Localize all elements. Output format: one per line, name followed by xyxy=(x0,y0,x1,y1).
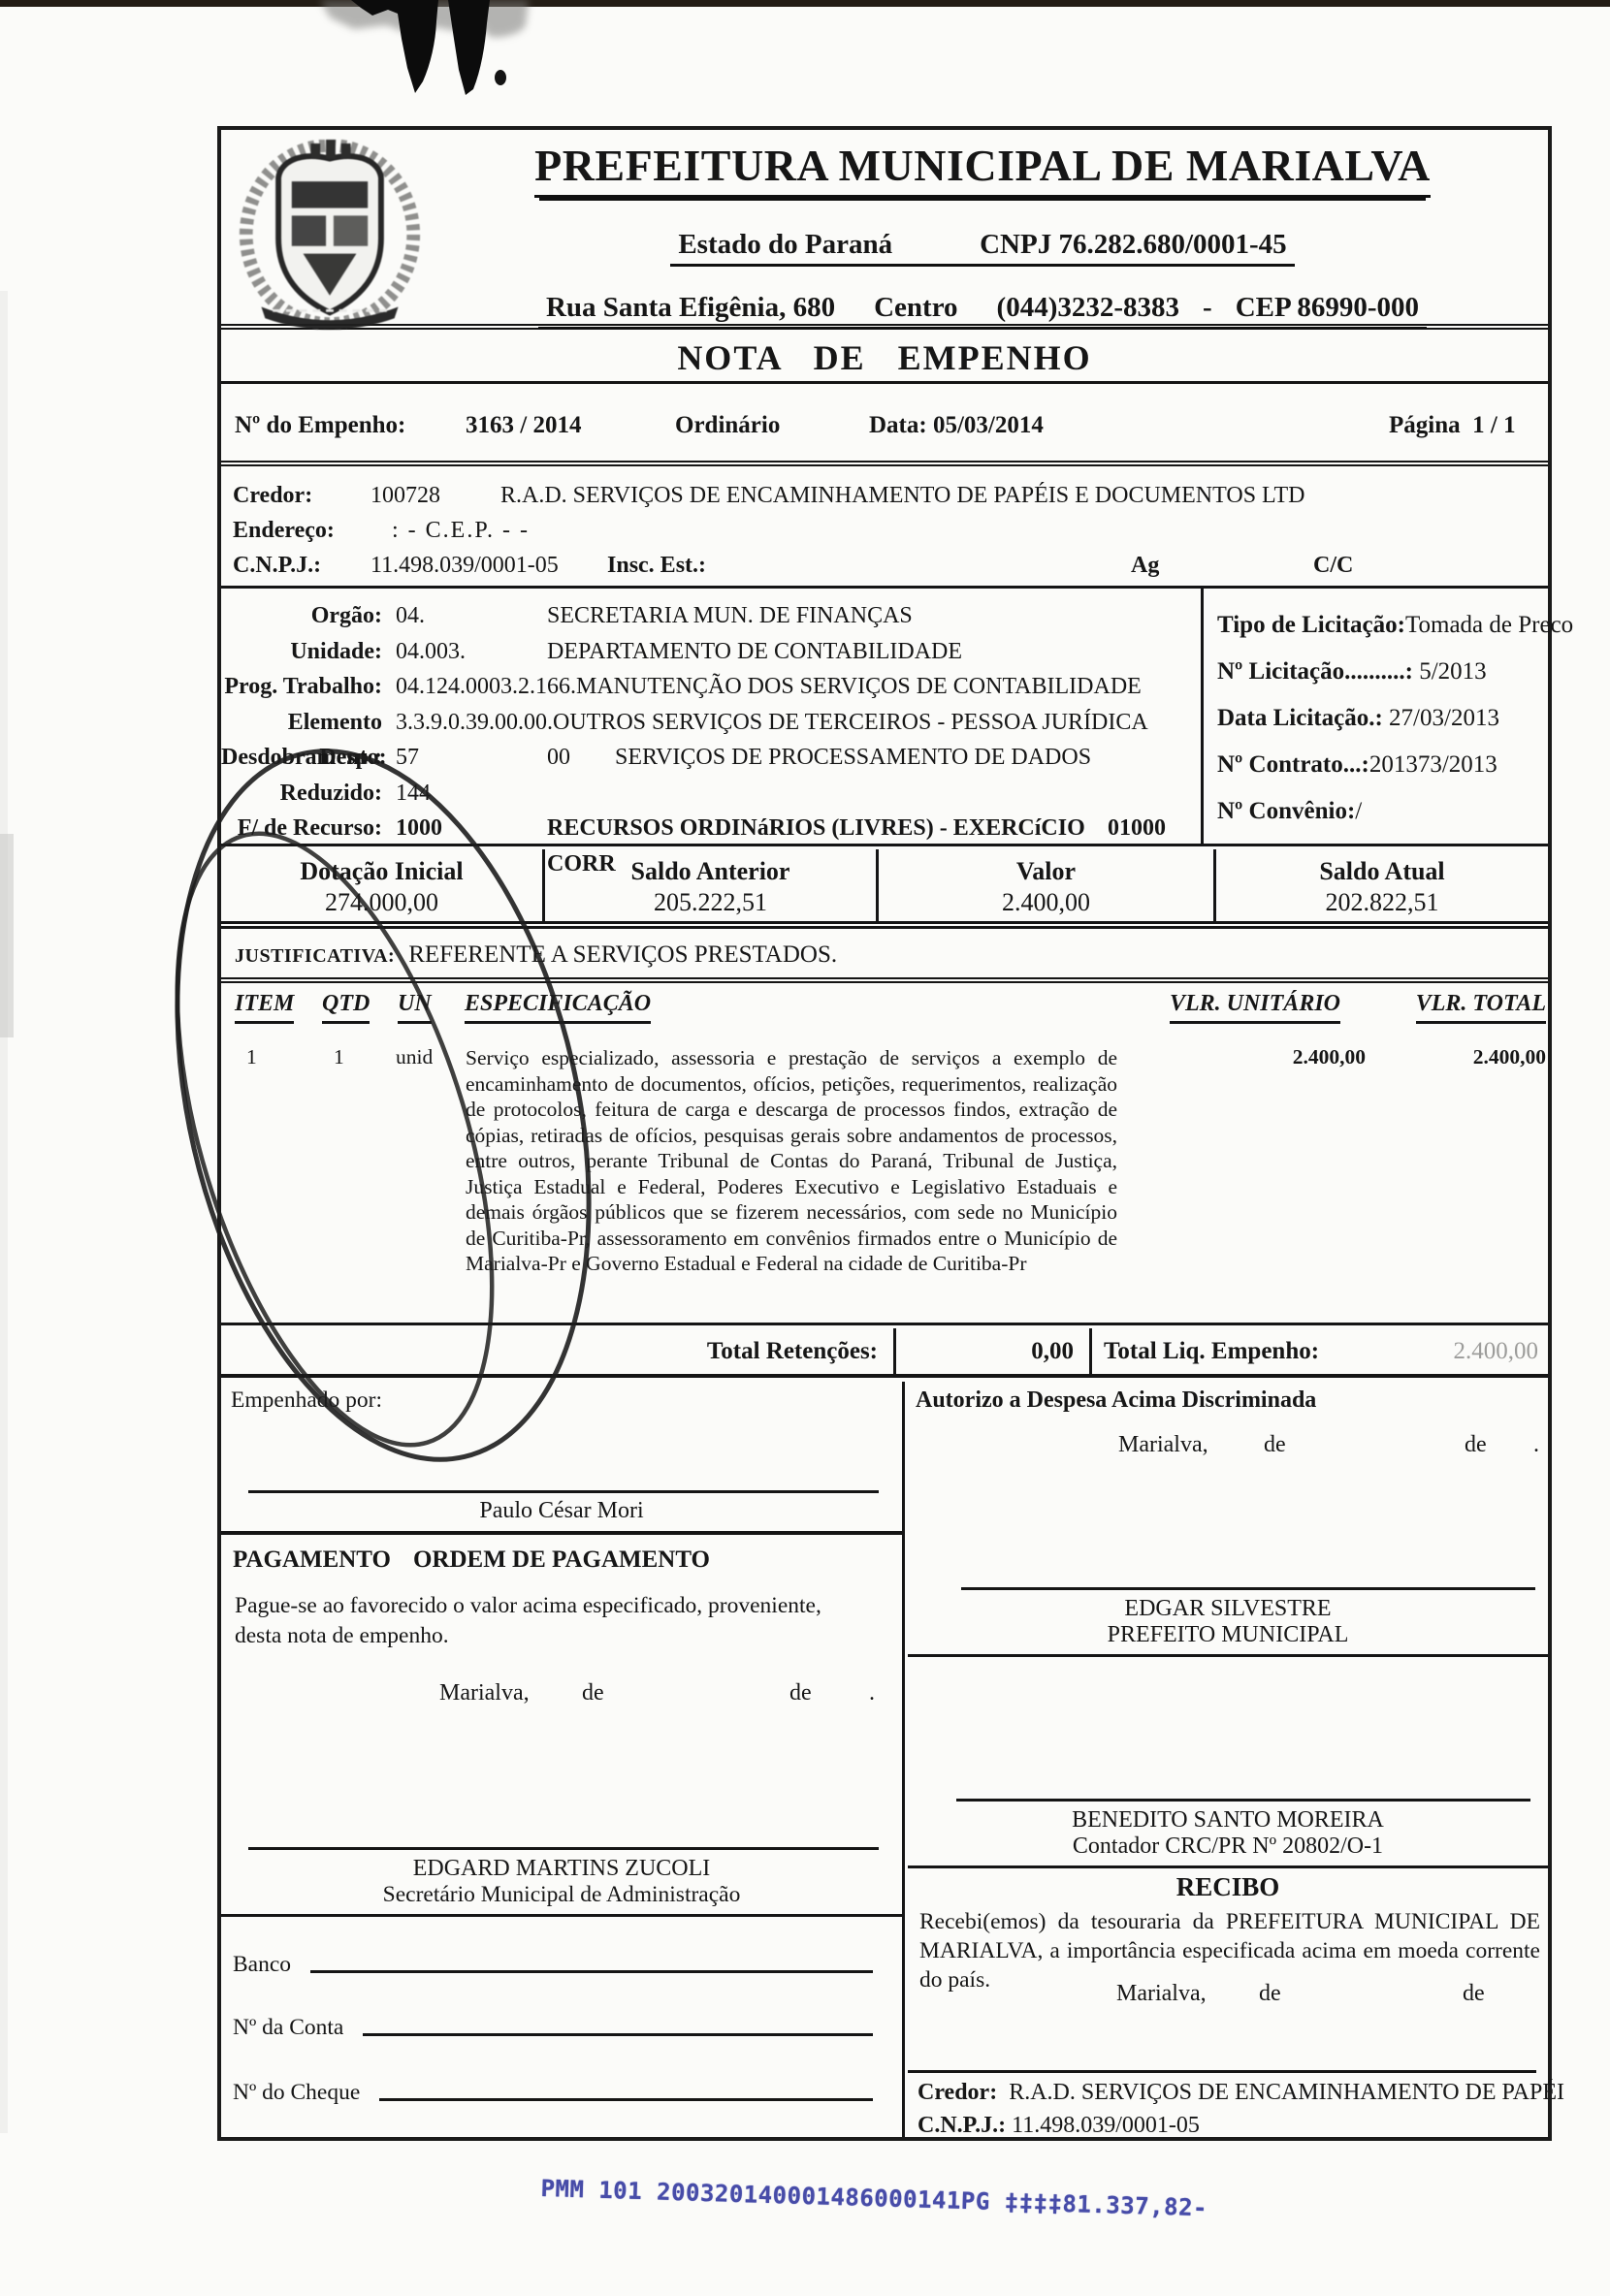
items-table: ITEM QTD UN ESPECIFICAÇÃO VLR. UNITÁRIO … xyxy=(221,983,1548,1325)
agreement-number: Nº Convênio:/ xyxy=(1217,788,1548,835)
signature-line xyxy=(248,1490,879,1493)
cheque-number-field: Nº do Cheque xyxy=(233,2080,902,2106)
budget-row-desdobramento: Desdobramento: 57 00 SERVIÇOS DE PROCESS… xyxy=(221,740,1201,776)
account-number-field: Nº da Conta xyxy=(233,2015,902,2041)
creditor-section: Credor: 100728 R.A.D. SERVIÇOS DE ENCAMI… xyxy=(221,466,1548,589)
payment-order-text: Pague-se ao favorecido o valor acima esp… xyxy=(235,1591,863,1651)
item-total-value: 2.400,00 xyxy=(1473,1045,1546,1069)
agency-label: Ag xyxy=(1131,548,1159,583)
budget-row-orgao: Orgão: 04. SECRETARIA MUN. DE FINANÇAS xyxy=(221,598,1201,634)
authorization-title: Autorizo a Despesa Acima Discriminada xyxy=(916,1387,1316,1414)
letterhead-text: PREFEITURA MUNICIPAL DE MARIALVA Estado … xyxy=(444,140,1521,330)
district: Centro xyxy=(874,292,957,323)
section-divider xyxy=(908,1865,1548,1868)
retentions-row: Total Retenções: 0,00 Total Liq. Empenho… xyxy=(221,1328,1548,1378)
cep: CEP 86990-000 xyxy=(1236,292,1419,323)
item-unit-value: 2.400,00 xyxy=(1293,1045,1366,1069)
bidding-date: Data Licitação.: 27/03/2013 xyxy=(1217,695,1548,742)
page-indicator: Página 1 / 1 xyxy=(1389,412,1516,439)
empenho-date: Data: 05/03/2014 xyxy=(869,412,1044,439)
committed-by-box: Empenhado por: Paulo César Mori xyxy=(221,1382,902,1535)
mayor-role: PREFEITO MUNICIPAL xyxy=(908,1622,1548,1648)
section-divider xyxy=(221,1914,902,1917)
signature-line xyxy=(956,1799,1530,1802)
address-value: : - C.E.P. - - xyxy=(392,513,530,548)
total-retentions-label: Total Retenções: xyxy=(221,1328,896,1374)
receipt-title: RECIBO xyxy=(908,1872,1548,1902)
machine-print-footer: PMM 101 200320140001486000141PG ‡‡‡‡81.3… xyxy=(540,2175,1207,2221)
creditor-label: Credor: xyxy=(233,478,347,513)
creditor-name: R.A.D. SERVIÇOS DE ENCAMINHAMENTO DE PAP… xyxy=(500,478,1305,513)
budget-row-elemento: Elemento Desp.: 3.3.9.0.39.00.00. OUTROS… xyxy=(221,705,1201,741)
scan-left-edge-smudge xyxy=(0,834,14,1037)
justification-label: JUSTIFICATIVA: xyxy=(235,945,395,967)
bank-field: Banco xyxy=(233,1952,902,1978)
signature-line xyxy=(248,1847,879,1850)
total-retentions-value: 0,00 xyxy=(896,1328,1092,1374)
street: Rua Santa Efigênia, 680 xyxy=(546,292,835,323)
signatures-section: Empenhado por: Paulo César Mori PAGAMENT… xyxy=(221,1382,1548,2137)
contract-number: Nº Contrato...:201373/2013 xyxy=(1217,742,1548,788)
justification-row: JUSTIFICATIVA: REFERENTE A SERVIÇOS PRES… xyxy=(221,929,1548,983)
state-label: Estado do Paraná xyxy=(678,229,892,260)
signature-line xyxy=(961,1587,1535,1590)
cnpj-label: C.N.P.J.: xyxy=(233,548,347,583)
mayor-signer: EDGAR SILVESTRE xyxy=(908,1596,1548,1622)
org-cnpj: CNPJ 76.282.680/0001-45 xyxy=(980,229,1287,260)
accountant-role: Contador CRC/PR Nº 20802/O-1 xyxy=(908,1834,1548,1860)
phone: (044)3232-8383 xyxy=(997,292,1179,323)
left-column: Empenhado por: Paulo César Mori PAGAMENT… xyxy=(221,1382,905,2137)
empenho-type: Ordinário xyxy=(675,412,780,439)
committed-by-signer: Paulo César Mori xyxy=(221,1498,902,1524)
scan-left-edge-shading xyxy=(0,291,8,2133)
section-divider xyxy=(908,1654,1548,1657)
dotacao-inicial-cell: Dotação Inicial 274.000,00 xyxy=(221,849,545,921)
right-column: Autorizo a Despesa Acima Discriminada Ma… xyxy=(908,1382,1548,2137)
accountant-signer: BENEDITO SANTO MOREIRA xyxy=(908,1807,1548,1834)
saldo-anterior-cell: Saldo Anterior 205.222,51 xyxy=(545,849,879,921)
letterhead: PREFEITURA MUNICIPAL DE MARIALVA Estado … xyxy=(221,130,1548,330)
valor-cell: Valor 2.400,00 xyxy=(879,849,1216,921)
item-unit: unid xyxy=(396,1045,433,1069)
municipal-coat-of-arms-icon xyxy=(235,140,425,330)
bidding-type: Tipo de Licitação:Tomada de Preco xyxy=(1217,602,1548,649)
net-commitment-cell: Total Liq. Empenho: 2.400,00 xyxy=(1092,1328,1548,1374)
address-label: Endereço: xyxy=(233,513,347,548)
receipt-date-line: Marialva, de de xyxy=(908,1981,1548,2010)
payment-order-title: ORDEM DE PAGAMENTO xyxy=(221,1547,902,1574)
org-name: PREFEITURA MUNICIPAL DE MARIALVA xyxy=(534,140,1431,198)
bank-fill-line xyxy=(310,1952,873,1973)
empenho-number: 3163 / 2014 xyxy=(466,412,581,439)
receipt-creditor-line xyxy=(908,2070,1536,2073)
state-registration-label: Insc. Est.: xyxy=(607,548,706,583)
account-label: C/C xyxy=(1313,548,1353,583)
budget-rows: Orgão: 04. SECRETARIA MUN. DE FINANÇAS U… xyxy=(221,589,1201,844)
secretary-signer: EDGARD MARTINS ZUCOLI xyxy=(221,1856,902,1882)
justification-text: REFERENTE A SERVIÇOS PRESTADOS. xyxy=(408,941,837,968)
cheque-fill-line xyxy=(379,2080,873,2101)
scan-top-edge-artifact xyxy=(0,0,1610,7)
state-and-cnpj-line: Estado do ParanáCNPJ 76.282.680/0001-45 xyxy=(670,229,1294,267)
bidding-number: Nº Licitação..........: 5/2013 xyxy=(1217,649,1548,695)
nota-de-empenho-form: PREFEITURA MUNICIPAL DE MARIALVA Estado … xyxy=(217,126,1552,2141)
receipt-creditor: Credor: R.A.D. SERVIÇOS DE ENCAMINHAMENT… xyxy=(918,2080,1564,2106)
empenho-number-label: Nº do Empenho: xyxy=(235,412,405,439)
empenho-info-row: Nº do Empenho: 3163 / 2014 Ordinário Dat… xyxy=(221,387,1548,466)
budget-row-prog-trabalho: Prog. Trabalho: 04.124.0003.2.166. MANUT… xyxy=(221,669,1201,705)
account-fill-line xyxy=(363,2015,873,2036)
secretary-role: Secretário Municipal de Administração xyxy=(221,1882,902,1908)
budget-classification-section: Orgão: 04. SECRETARIA MUN. DE FINANÇAS U… xyxy=(221,589,1548,846)
dash: - xyxy=(1203,292,1212,323)
authorization-date-line: Marialva, de de . xyxy=(908,1432,1548,1461)
receipt-cnpj: C.N.P.J.: 11.498.039/0001-05 xyxy=(918,2113,1200,2139)
bidding-info-box: Tipo de Licitação:Tomada de Preco Nº Lic… xyxy=(1201,589,1548,844)
budget-row-reduzido: Reduzido: 144 xyxy=(221,776,1201,812)
address-line: Rua Santa Efigênia, 680Centro(044)3232-8… xyxy=(538,292,1427,330)
budget-row-fonte-recurso: F/ de Recurso: 1000 RECURSOS ORDINáRIOS … xyxy=(221,811,1201,846)
item-quantity: 1 xyxy=(334,1045,344,1069)
balance-summary-row: Dotação Inicial 274.000,00 Saldo Anterio… xyxy=(221,849,1548,929)
payment-date-line: Marialva, de de . xyxy=(221,1680,902,1709)
item-description: Serviço especializado, assessoria e pres… xyxy=(466,1045,1117,1277)
cnpj-value: 11.498.039/0001-05 xyxy=(370,548,559,583)
creditor-code: 100728 xyxy=(370,478,440,513)
committed-by-label: Empenhado por: xyxy=(231,1387,382,1414)
saldo-atual-cell: Saldo Atual 202.822,51 xyxy=(1216,849,1548,921)
items-table-header: ITEM QTD UN ESPECIFICAÇÃO VLR. UNITÁRIO … xyxy=(221,991,1548,1030)
document-title: NOTA DE EMPENHO xyxy=(221,335,1548,384)
item-number: 1 xyxy=(246,1045,257,1069)
budget-row-unidade: Unidade: 04.003. DEPARTAMENTO DE CONTABI… xyxy=(221,634,1201,670)
